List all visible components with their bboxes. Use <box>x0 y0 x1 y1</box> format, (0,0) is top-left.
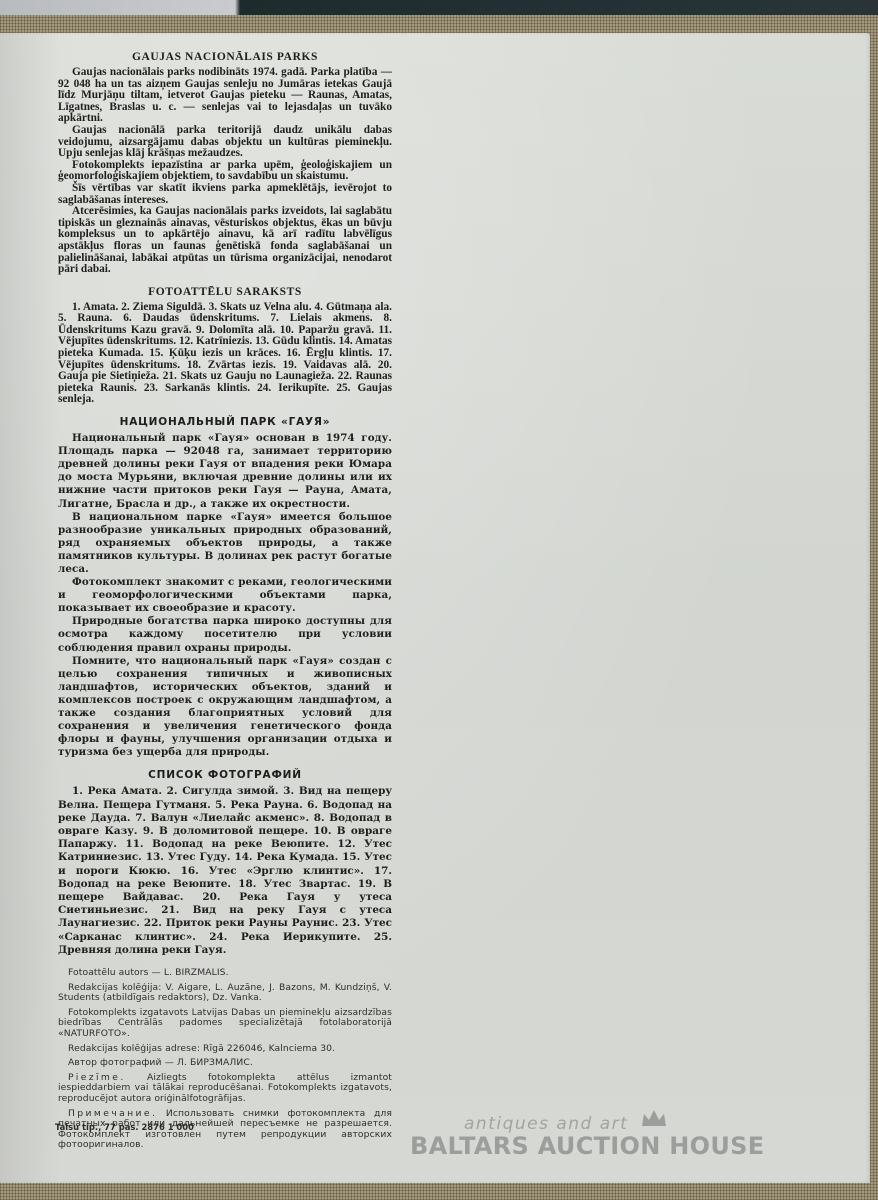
editorial-board: Redakcijas kolēģija: V. Aigare, L. Auzān… <box>58 983 392 1004</box>
russian-paragraph: Фотокомплект знакомит с реками, геологич… <box>58 576 392 615</box>
watermark-name: BALTARS AUCTION HOUSE <box>410 1132 764 1160</box>
note-ru-label: Примечание. <box>68 1108 157 1119</box>
text-column: GAUJAS NACIONĀLAIS PARKS Gaujas nacionāl… <box>58 50 392 1155</box>
note-lv-label: Piezīme. <box>68 1072 126 1083</box>
photo-author-ru: Автор фотографий — Л. БИРЗМАЛИС. <box>58 1058 392 1069</box>
latvian-paragraph: Gaujas nacionālā parka teritorijā daudz … <box>58 125 392 160</box>
russian-paragraph: Природные богатства парка широко доступн… <box>58 615 392 654</box>
russian-photo-list: 1. Река Амата. 2. Сигулда зимой. 3. Вид … <box>58 785 392 957</box>
latvian-paragraph: Gaujas nacionālais parks nodibināts 1974… <box>58 67 392 125</box>
russian-paragraph: Национальный парк «Гауя» основан в 1974 … <box>58 432 392 511</box>
latvian-paragraph: Atcerēsimies, ka Gaujas nacionālais park… <box>58 206 392 276</box>
note-lv: Piezīme. Aizliegts fotokomplekta attēlus… <box>58 1073 392 1105</box>
producer-note: Fotokomplekts izgatavots Latvijas Dabas … <box>58 1008 392 1040</box>
editorial-address: Redakcijas kolēģijas adrese: Rīgā 226046… <box>58 1044 392 1055</box>
russian-title: НАЦИОНАЛЬНЫЙ ПАРК «ГАУЯ» <box>58 415 392 429</box>
latvian-title: GAUJAS NACIONĀLAIS PARKS <box>58 50 392 64</box>
photo-author-lv: Fotoattēlu autors — L. BIRZMALIS. <box>58 968 392 979</box>
latvian-photo-list: 1. Amata. 2. Ziema Siguldā. 3. Skats uz … <box>58 302 392 406</box>
printer-imprint: Talsu tip., 77 pas. 2876 1 000 <box>55 1122 194 1132</box>
auction-watermark: antiques and art BALTARS AUCTION HOUSE <box>400 1108 820 1168</box>
crown-icon <box>640 1108 668 1128</box>
russian-section: НАЦИОНАЛЬНЫЙ ПАРК «ГАУЯ» Национальный па… <box>58 415 392 957</box>
watermark-tagline: antiques and art <box>464 1114 628 1134</box>
russian-photo-list-title: СПИСОК ФОТОГРАФИЙ <box>58 768 392 782</box>
latvian-photo-list-title: FOTOATTĒLU SARAKSTS <box>58 285 392 299</box>
latvian-paragraph: Fotokomplekts iepazīstina ar parka upēm,… <box>58 160 392 183</box>
russian-paragraph: Помните, что национальный парк «Гауя» со… <box>58 655 392 760</box>
latvian-section: GAUJAS NACIONĀLAIS PARKS Gaujas nacionāl… <box>58 50 392 406</box>
russian-paragraph: В национальном парке «Гауя» имеется боль… <box>58 511 392 576</box>
latvian-paragraph: Šīs vērtības var skatīt ikviens parka ap… <box>58 183 392 206</box>
page-shadow <box>0 33 60 1183</box>
